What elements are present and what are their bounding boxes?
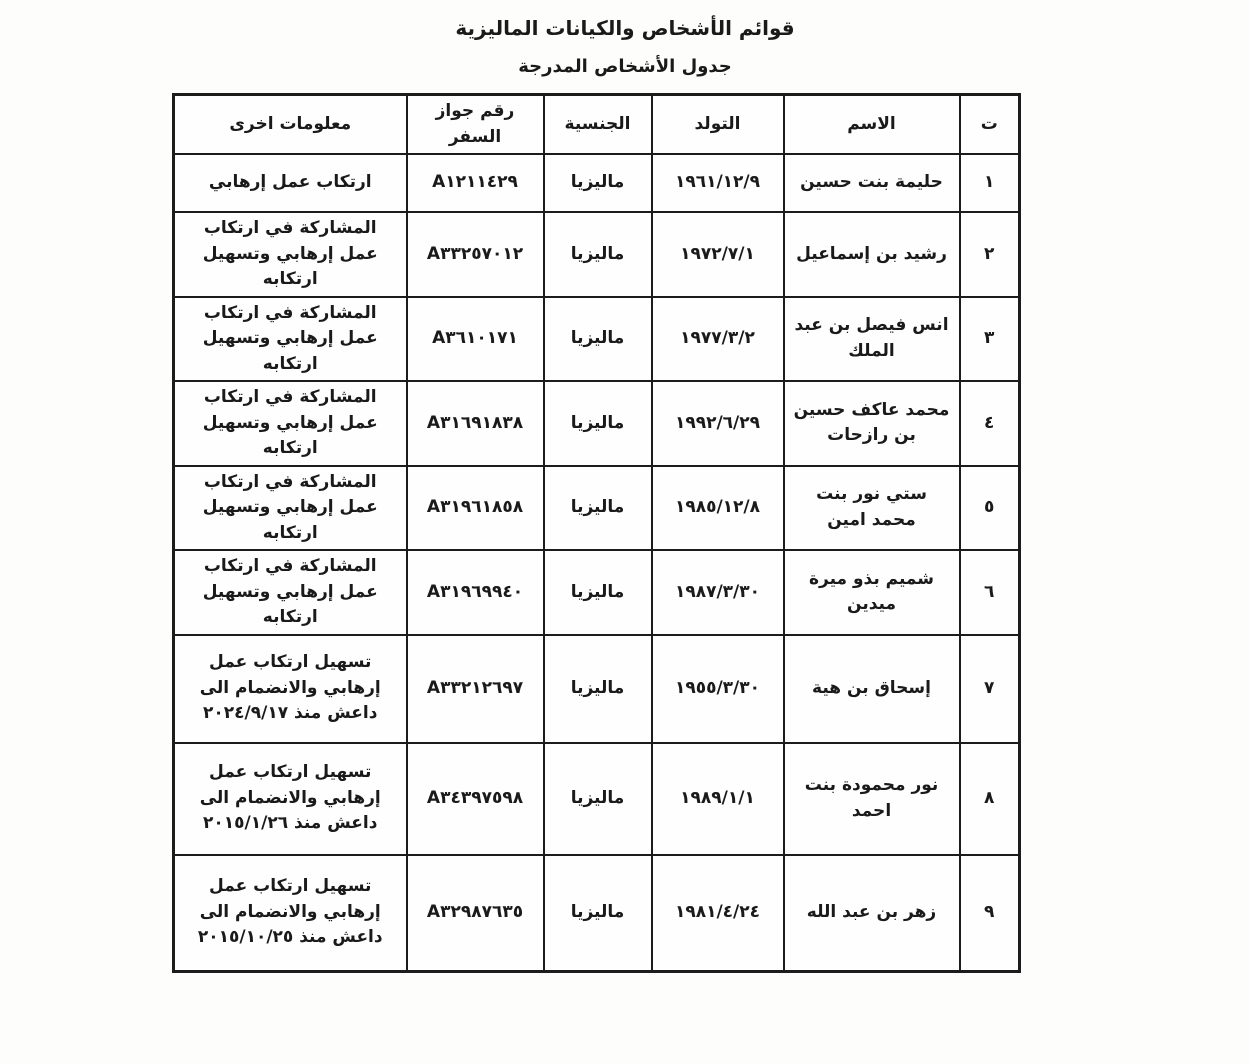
cell-info: المشاركة في ارتكاب عمل إرهابي وتسهيل ارت… — [174, 381, 407, 466]
cell-nationality: ماليزيا — [544, 855, 652, 972]
cell-name: شميم بذو ميرة ميدين — [784, 550, 960, 635]
table-row: ٢ رشيد بن إسماعيل ١٩٧٢/٧/١ ماليزيا A٣٣٢٥… — [174, 212, 1020, 297]
header-index: ت — [960, 95, 1020, 155]
cell-nationality: ماليزيا — [544, 550, 652, 635]
table-row: ٤ محمد عاكف حسين بن رازحات ١٩٩٢/٦/٢٩ مال… — [174, 381, 1020, 466]
cell-passport: A٣٤٣٩٧٥٩٨ — [407, 743, 544, 855]
table-row: ٩ زهر بن عبد الله ١٩٨١/٤/٢٤ ماليزيا A٣٢٩… — [174, 855, 1020, 972]
cell-nationality: ماليزيا — [544, 635, 652, 743]
cell-birth: ١٩٧٢/٧/١ — [652, 212, 784, 297]
cell-nationality: ماليزيا — [544, 297, 652, 382]
table-row: ٧ إسحاق بن هية ١٩٥٥/٣/٣٠ ماليزيا A٣٣٢١٢٦… — [174, 635, 1020, 743]
cell-nationality: ماليزيا — [544, 466, 652, 551]
cell-passport: A٣١٩٦٩٩٤٠ — [407, 550, 544, 635]
cell-birth: ١٩٨٧/٣/٣٠ — [652, 550, 784, 635]
cell-info: المشاركة في ارتكاب عمل إرهابي وتسهيل ارت… — [174, 297, 407, 382]
cell-birth: ١٩٥٥/٣/٣٠ — [652, 635, 784, 743]
cell-name: رشيد بن إسماعيل — [784, 212, 960, 297]
cell-index: ٣ — [960, 297, 1020, 382]
table-header-row: ت الاسم التولد الجنسية رقم جواز السفر مع… — [174, 95, 1020, 155]
cell-birth: ١٩٨٩/١/١ — [652, 743, 784, 855]
header-name: الاسم — [784, 95, 960, 155]
header-nationality: الجنسية — [544, 95, 652, 155]
cell-info: تسهيل ارتكاب عمل إرهابي والانضمام الى دا… — [174, 743, 407, 855]
cell-passport: A٣٦١٠١٧١ — [407, 297, 544, 382]
table-row: ٨ نور محمودة بنت احمد ١٩٨٩/١/١ ماليزيا A… — [174, 743, 1020, 855]
cell-info: تسهيل ارتكاب عمل إرهابي والانضمام الى دا… — [174, 855, 407, 972]
document-title: قوائم الأشخاص والكيانات الماليزية — [0, 16, 1250, 40]
cell-index: ٥ — [960, 466, 1020, 551]
document-subtitle: جدول الأشخاص المدرجة — [0, 56, 1250, 77]
cell-info: المشاركة في ارتكاب عمل إرهابي وتسهيل ارت… — [174, 212, 407, 297]
cell-nationality: ماليزيا — [544, 154, 652, 212]
cell-info: تسهيل ارتكاب عمل إرهابي والانضمام الى دا… — [174, 635, 407, 743]
cell-birth: ١٩٦١/١٢/٩ — [652, 154, 784, 212]
cell-index: ٦ — [960, 550, 1020, 635]
header-birth: التولد — [652, 95, 784, 155]
cell-index: ٨ — [960, 743, 1020, 855]
cell-birth: ١٩٨٥/١٢/٨ — [652, 466, 784, 551]
cell-nationality: ماليزيا — [544, 743, 652, 855]
cell-index: ٤ — [960, 381, 1020, 466]
cell-info: المشاركة في ارتكاب عمل إرهابي وتسهيل ارت… — [174, 466, 407, 551]
header-info: معلومات اخرى — [174, 95, 407, 155]
cell-name: انس فيصل بن عبد الملك — [784, 297, 960, 382]
cell-passport: A٣٢٩٨٧٦٣٥ — [407, 855, 544, 972]
cell-name: إسحاق بن هية — [784, 635, 960, 743]
table-row: ١ حليمة بنت حسين ١٩٦١/١٢/٩ ماليزيا A١٢١١… — [174, 154, 1020, 212]
cell-name: ستي نور بنت محمد امين — [784, 466, 960, 551]
cell-name: زهر بن عبد الله — [784, 855, 960, 972]
cell-passport: A٣٣٢١٢٦٩٧ — [407, 635, 544, 743]
table-row: ٣ انس فيصل بن عبد الملك ١٩٧٧/٣/٢ ماليزيا… — [174, 297, 1020, 382]
scanned-document-page: قوائم الأشخاص والكيانات الماليزية جدول ا… — [0, 0, 1250, 1064]
cell-name: محمد عاكف حسين بن رازحات — [784, 381, 960, 466]
listed-persons-table: ت الاسم التولد الجنسية رقم جواز السفر مع… — [172, 93, 1021, 973]
cell-passport: A١٢١١٤٢٩ — [407, 154, 544, 212]
table-row: ٥ ستي نور بنت محمد امين ١٩٨٥/١٢/٨ ماليزي… — [174, 466, 1020, 551]
cell-passport: A٣١٩٦١٨٥٨ — [407, 466, 544, 551]
cell-index: ٢ — [960, 212, 1020, 297]
cell-index: ٩ — [960, 855, 1020, 972]
cell-index: ١ — [960, 154, 1020, 212]
cell-birth: ١٩٨١/٤/٢٤ — [652, 855, 784, 972]
cell-index: ٧ — [960, 635, 1020, 743]
cell-nationality: ماليزيا — [544, 381, 652, 466]
table-row: ٦ شميم بذو ميرة ميدين ١٩٨٧/٣/٣٠ ماليزيا … — [174, 550, 1020, 635]
cell-info: المشاركة في ارتكاب عمل إرهابي وتسهيل ارت… — [174, 550, 407, 635]
cell-passport: A٣٣٢٥٧٠١٢ — [407, 212, 544, 297]
cell-nationality: ماليزيا — [544, 212, 652, 297]
cell-passport: A٣١٦٩١٨٣٨ — [407, 381, 544, 466]
document-titles: قوائم الأشخاص والكيانات الماليزية جدول ا… — [0, 0, 1250, 77]
cell-name: نور محمودة بنت احمد — [784, 743, 960, 855]
cell-info: ارتكاب عمل إرهابي — [174, 154, 407, 212]
header-passport: رقم جواز السفر — [407, 95, 544, 155]
cell-name: حليمة بنت حسين — [784, 154, 960, 212]
cell-birth: ١٩٩٢/٦/٢٩ — [652, 381, 784, 466]
cell-birth: ١٩٧٧/٣/٢ — [652, 297, 784, 382]
